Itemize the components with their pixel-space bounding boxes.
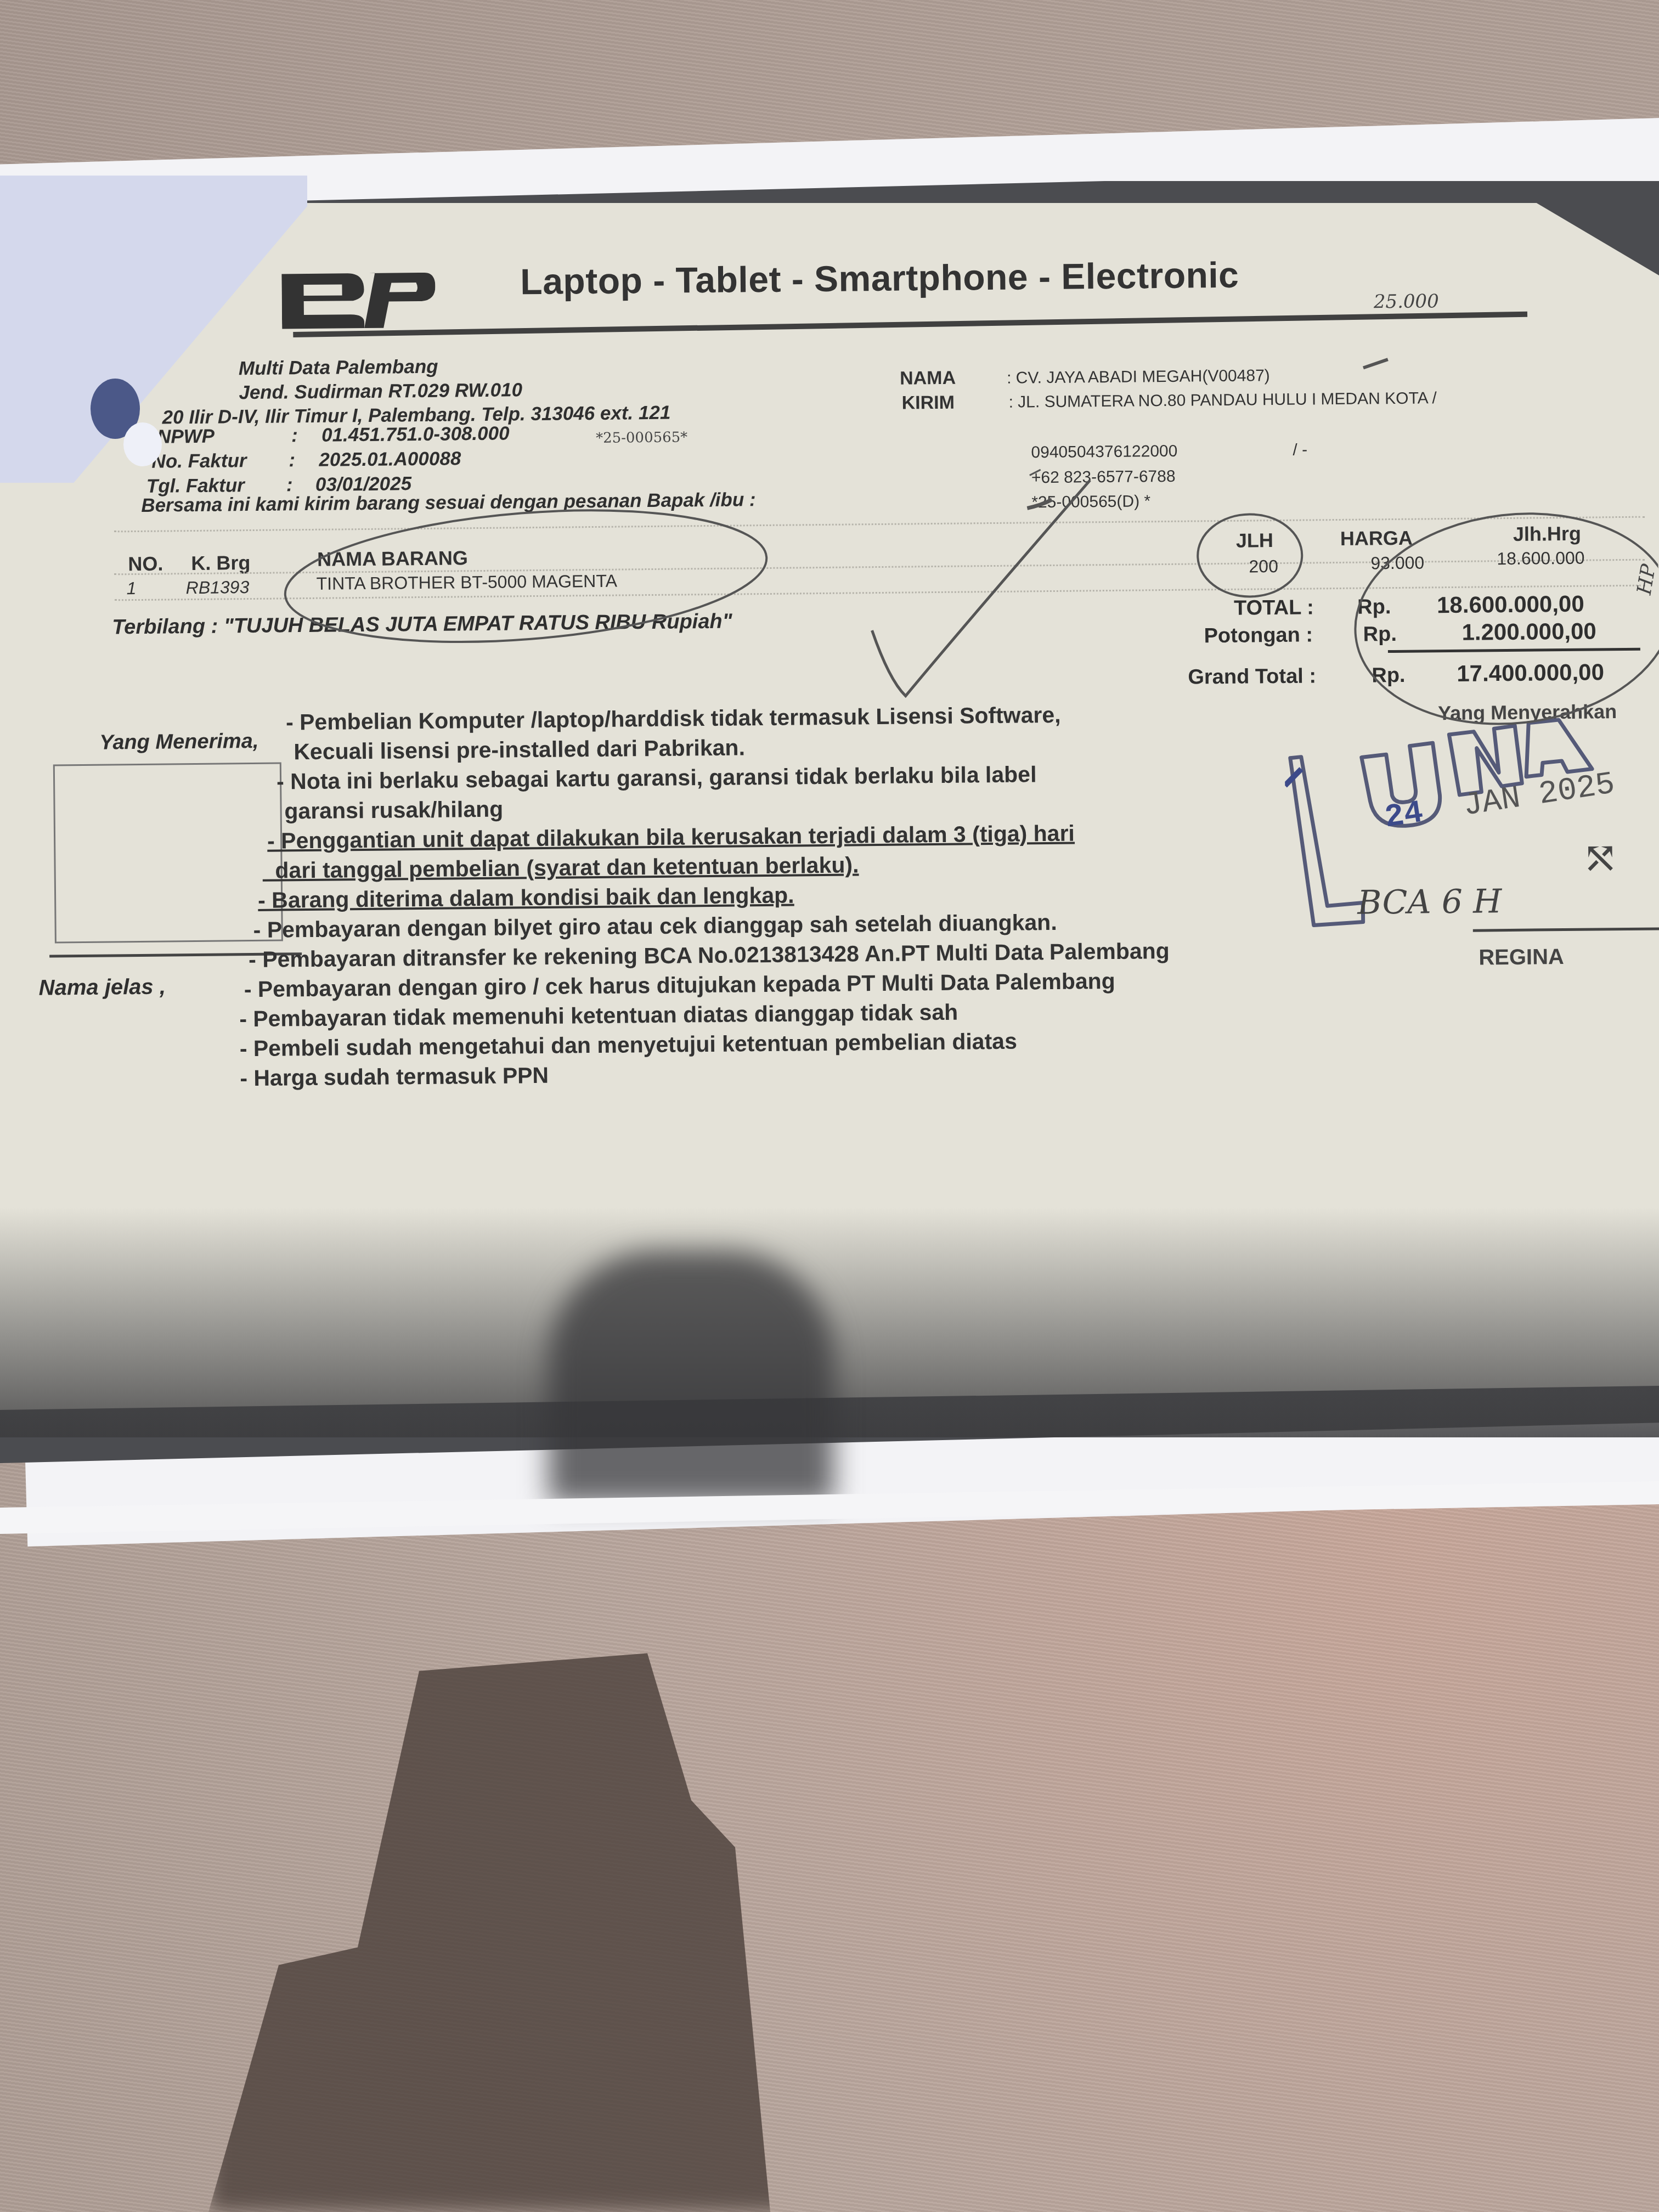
discount-label: Potongan : (1204, 623, 1313, 648)
col-header-qty: JLH (1236, 529, 1273, 552)
receiver-name-label: Nama jelas , (38, 975, 166, 1001)
row-no: 1 (127, 578, 137, 599)
handwritten-side-note: HP (1633, 562, 1659, 596)
row-item-name: TINTA BROTHER BT-5000 MAGENTA (316, 571, 617, 594)
row-amount: 18.600.000 (1497, 548, 1585, 569)
phone-shadow-on-cloth (208, 1624, 1086, 2212)
terms-list: - Pembelian Komputer /laptop/harddisk ti… (286, 699, 1171, 1092)
totals-divider (1388, 648, 1640, 653)
customer-ref-code: *25-000565(D) * (1031, 492, 1150, 512)
col-header-price: HARGA (1340, 527, 1413, 550)
customer-phone: +62 823-6577-6788 (1031, 467, 1176, 488)
ship-label: KIRIM (901, 392, 955, 414)
ship-address: : JL. SUMATERA NO.80 PANDAU HULU I MEDAN… (1008, 389, 1436, 411)
faktur-no-value: 2025.01.A00088 (319, 448, 461, 471)
customer-name-value: : CV. JAYA ABADI MEGAH(V00487) (1007, 366, 1270, 388)
discount-currency: Rp. (1363, 623, 1397, 647)
npwp-label: NPWP (157, 426, 215, 448)
faktur-no-sep: : (289, 449, 295, 471)
amount-in-words: Terbilang : "TUJUH BELAS JUTA EMPAT RATU… (112, 610, 732, 640)
col-header-name: NAMA BARANG (317, 546, 468, 571)
stamp-date-day: 24 (1383, 795, 1426, 837)
receiver-label: Yang Menerima, (99, 730, 258, 755)
row-code: RB1393 (186, 577, 250, 598)
grand-total-currency: Rp. (1372, 664, 1406, 688)
npwp-sep: : (291, 425, 298, 447)
customer-account-suffix: / - (1293, 441, 1307, 460)
customer-account-no: 0940504376122000 (1031, 442, 1177, 462)
col-header-code: K. Brg (191, 551, 250, 575)
handwritten-signature: ⤲ (1582, 832, 1619, 883)
faktur-no-label: No. Faktur (151, 450, 246, 473)
handwritten-note: 25.000 (1374, 290, 1439, 313)
phone-shadow-on-document (549, 1251, 834, 1503)
row-price: 93.000 (1370, 552, 1424, 573)
header-divider (293, 312, 1527, 337)
row-qty: 200 (1249, 556, 1278, 577)
grand-total-label: Grand Total : (1188, 664, 1316, 689)
col-header-amount: Jlh.Hrg (1513, 522, 1581, 546)
barcode-reference: *25-000565* (596, 429, 687, 447)
customer-name-label: NAMA (900, 368, 956, 390)
punch-hole-icon (123, 422, 162, 466)
total-currency: Rp. (1357, 595, 1391, 619)
store-tagline: Laptop - Tablet - Smartphone - Electroni… (520, 254, 1239, 303)
total-value: 18.600.000,00 (1437, 591, 1584, 619)
receiver-signature-box (53, 762, 283, 943)
sender-name: REGINA (1479, 945, 1564, 970)
handwritten-payment-note: BCA 6 H (1357, 882, 1502, 922)
npwp-value: 01.451.751.0-308.000 (321, 422, 510, 446)
seller-address-1: Jend. Sudirman RT.029 RW.010 (239, 377, 670, 405)
col-header-no: NO. (128, 552, 163, 576)
discount-value: 1.200.000,00 (1462, 618, 1596, 645)
table-top-rule (114, 516, 1645, 533)
seller-name: Multi Data Palembang (239, 353, 670, 381)
grand-total-value: 17.400.000,00 (1457, 659, 1604, 687)
seller-info: Multi Data Palembang Jend. Sudirman RT.0… (239, 353, 671, 430)
table-row: 1 RB1393 TINTA BROTHER BT-5000 MAGENTA 2… (0, 0, 1652, 8)
total-label: TOTAL : (1234, 596, 1314, 620)
company-logo-icon (281, 267, 436, 335)
